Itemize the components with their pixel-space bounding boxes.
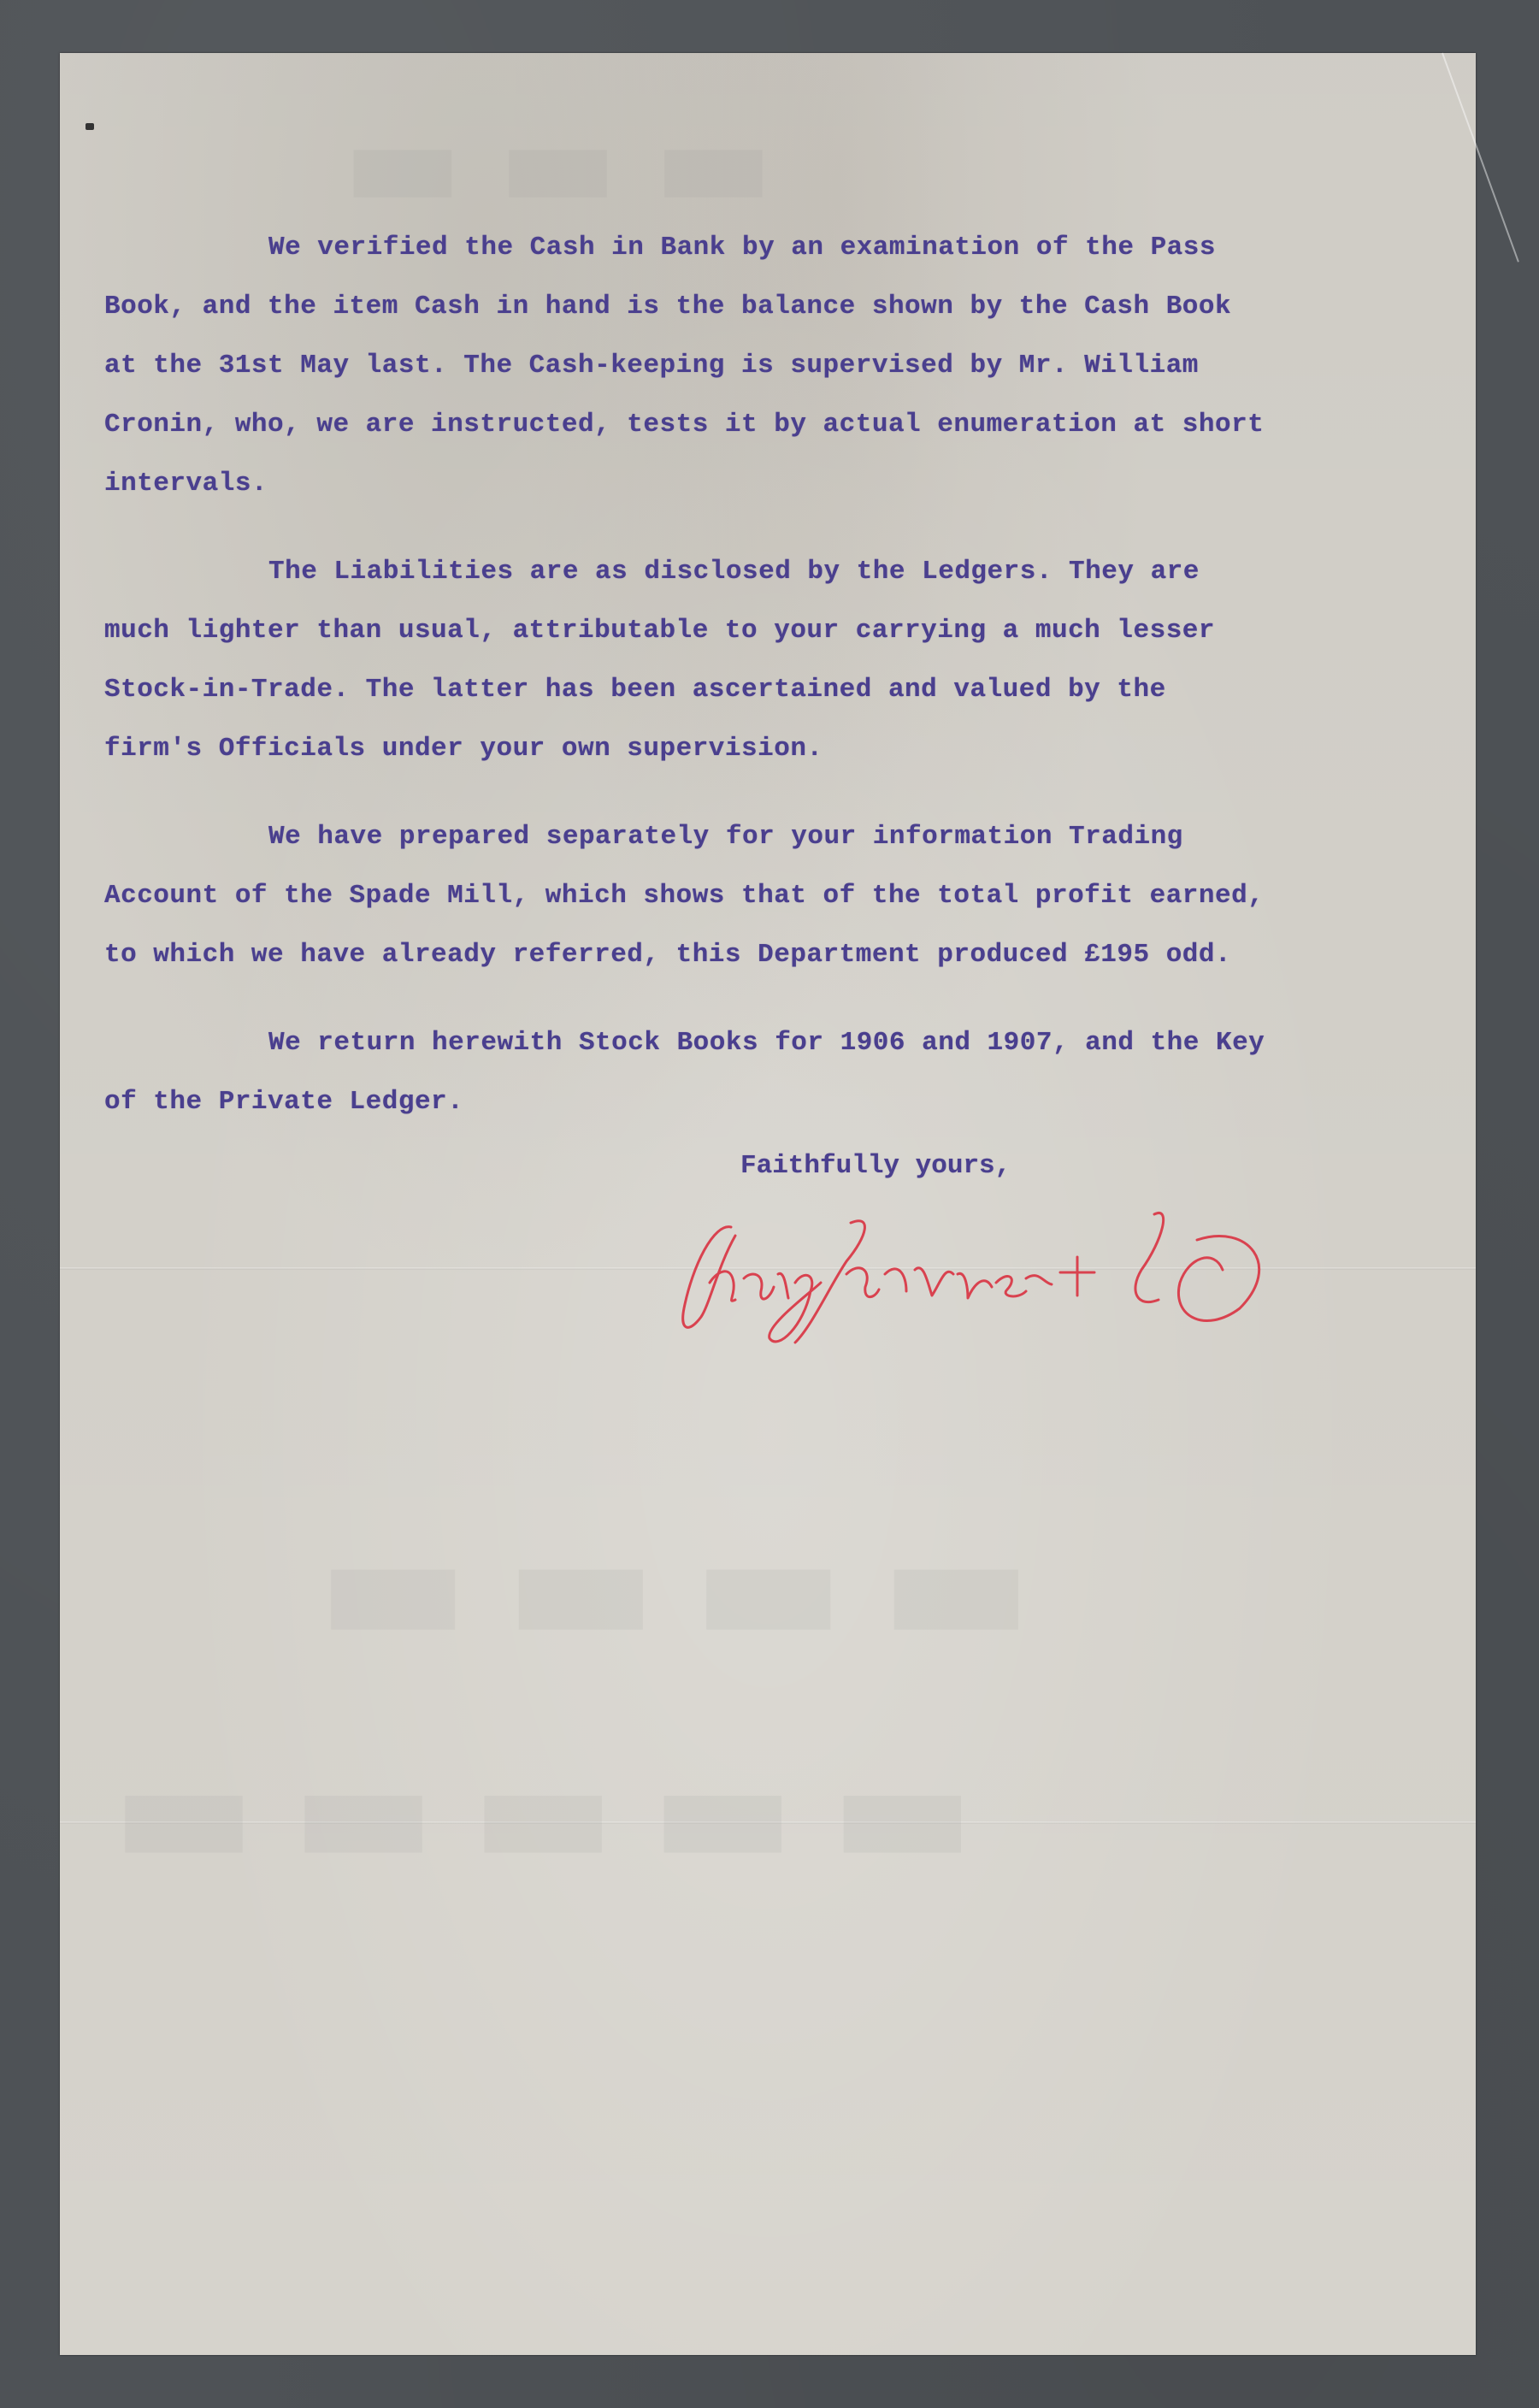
signature-icon (650, 1189, 1334, 1360)
closing-salutation: Faithfully yours, (740, 1151, 1011, 1181)
paragraph-liabilities: The Liabilities are as disclosed by the … (104, 542, 1438, 778)
handwritten-signature (650, 1189, 1334, 1360)
reverse-showthrough: ▬▬▬ (342, 87, 808, 238)
paragraph-trading-account: We have prepared separately for your inf… (104, 807, 1438, 984)
reverse-showthrough: ▬▬▬▬▬ (111, 1720, 1009, 1901)
paragraph-cash: We verified the Cash in Bank by an exami… (104, 218, 1438, 513)
punch-mark (85, 123, 94, 130)
letter-body: We verified the Cash in Bank by an exami… (104, 218, 1438, 1160)
paragraph-returned-items: We return herewith Stock Books for 1906 … (104, 1013, 1438, 1131)
reverse-showthrough: ▬▬▬▬ (316, 1490, 1067, 1680)
fold-crease (60, 1821, 1476, 1824)
